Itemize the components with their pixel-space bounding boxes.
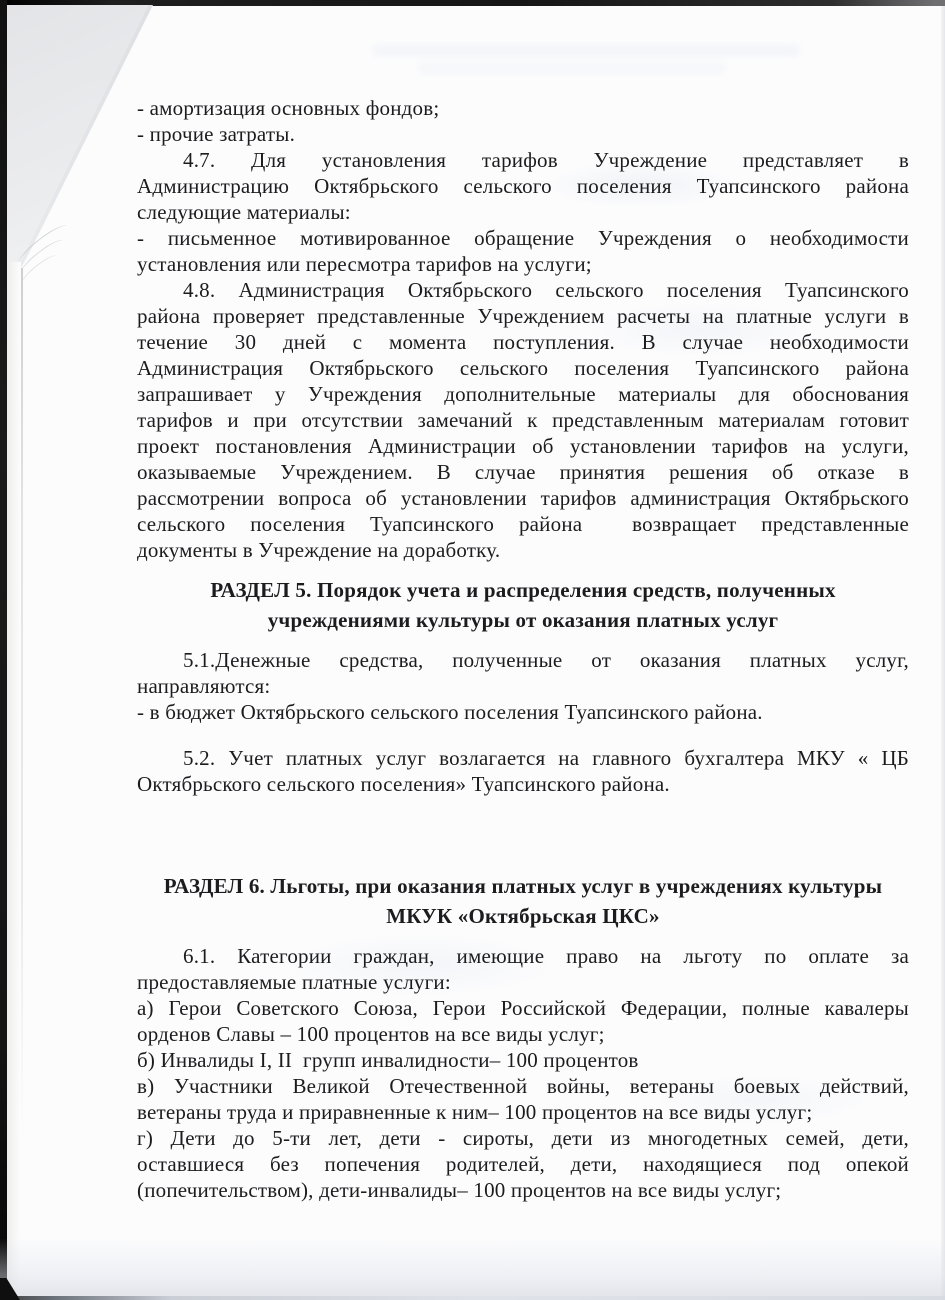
text-line: Октябрьского сельского поселения» Туапси… bbox=[137, 771, 909, 797]
list-item-line: (попечительством), дети-инвалиды– 100 пр… bbox=[137, 1177, 909, 1203]
text-line: - письменное мотивированное обращение Уч… bbox=[137, 225, 909, 251]
budget-line: - в бюджет Октябрьского сельского поселе… bbox=[137, 699, 909, 725]
scan-bottom-edge bbox=[0, 1296, 945, 1300]
page-crease bbox=[21, 268, 23, 1140]
text-line-other-costs: - прочие затраты. bbox=[137, 121, 909, 147]
list-item-line: б) Инвалиды I, II групп инвалидности– 10… bbox=[137, 1047, 909, 1073]
heading-line: МКУК «Октябрьская ЦКС» bbox=[137, 901, 909, 931]
benefit-item-b: б) Инвалиды I, II групп инвалидности– 10… bbox=[137, 1047, 909, 1073]
page-edge-band bbox=[7, 262, 21, 1300]
section-6-heading: РАЗДЕЛ 6. Льготы, при оказания платных у… bbox=[137, 871, 909, 931]
heading-line: учреждениями культуры от оказания платны… bbox=[137, 605, 909, 635]
paragraph-4-7: 4.7. Для установления тарифов Учреждение… bbox=[137, 147, 909, 225]
benefit-item-g: г) Дети до 5-ти лет, дети - сироты, дети… bbox=[137, 1125, 909, 1203]
paragraph-6-1: 6.1. Категории граждан, имеющие право на… bbox=[137, 943, 909, 995]
section-5-heading: РАЗДЕЛ 5. Порядок учета и распределения … bbox=[137, 575, 909, 635]
list-item-line: г) Дети до 5-ти лет, дети - сироты, дети… bbox=[137, 1125, 909, 1151]
scan-bottom-shade bbox=[0, 1238, 945, 1300]
text-line: оказываемые Учреждением. В случае принят… bbox=[137, 459, 909, 485]
text-line: направляются: bbox=[137, 673, 909, 699]
bleed-through-row bbox=[372, 44, 800, 57]
list-item-line: орденов Славы – 100 процентов на все вид… bbox=[137, 1021, 909, 1047]
text-line: проект постановления Администрации об ус… bbox=[137, 433, 909, 459]
text-line: тарифов и при отсутствии замечаний к пре… bbox=[137, 407, 909, 433]
text-line: Администрацию Октябрьского сельского пос… bbox=[137, 173, 909, 199]
scanned-document-page: - амортизация основных фондов; - прочие … bbox=[0, 0, 945, 1300]
text-line: сельского поселения Туапсинского района … bbox=[137, 511, 909, 537]
heading-line: РАЗДЕЛ 5. Порядок учета и распределения … bbox=[137, 575, 909, 605]
list-item-line: оставшиеся без попечения родителей, дети… bbox=[137, 1151, 909, 1177]
paragraph-5-1: 5.1.Денежные средства, полученные от ока… bbox=[137, 647, 909, 725]
text-line: 5.1.Денежные средства, полученные от ока… bbox=[137, 647, 909, 673]
heading-line: РАЗДЕЛ 6. Льготы, при оказания платных у… bbox=[137, 871, 909, 901]
list-item-line: а) Герои Советского Союза, Герои Российс… bbox=[137, 995, 909, 1021]
benefit-item-a: а) Герои Советского Союза, Герои Российс… bbox=[137, 995, 909, 1047]
paragraph-written-request: - письменное мотивированное обращение Уч… bbox=[137, 225, 909, 277]
text-line: течение 30 дней с момента поступления. В… bbox=[137, 329, 909, 355]
text-line: документы в Учреждение на доработку. bbox=[137, 537, 909, 563]
paragraph-5-2: 5.2. Учет платных услуг возлагается на г… bbox=[137, 745, 909, 797]
document-content: - амортизация основных фондов; - прочие … bbox=[137, 95, 909, 1203]
scan-right-edge bbox=[941, 6, 945, 1300]
list-item-line: ветераны труда и приравненные к ним– 100… bbox=[137, 1099, 909, 1125]
text-line: следующие материалы: bbox=[137, 199, 909, 225]
text-line: 5.2. Учет платных услуг возлагается на г… bbox=[137, 745, 909, 771]
bleed-through-text bbox=[372, 36, 800, 82]
list-item-line: в) Участники Великой Отечественной войны… bbox=[137, 1073, 909, 1099]
text-line-amortization: - амортизация основных фондов; bbox=[137, 95, 909, 121]
text-line: 6.1. Категории граждан, имеющие право на… bbox=[137, 943, 909, 969]
text-line: предоставляемые платные услуги: bbox=[137, 969, 909, 995]
text-line: района проверяет представленные Учрежден… bbox=[137, 303, 909, 329]
text-line: Администрация Октябрьского сельского пос… bbox=[137, 355, 909, 381]
scan-left-edge bbox=[0, 0, 7, 1300]
paragraph-4-8: 4.8. Администрация Октябрьского сельског… bbox=[137, 277, 909, 563]
text-line: 4.8. Администрация Октябрьского сельског… bbox=[137, 277, 909, 303]
text-line: 4.7. Для установления тарифов Учреждение… bbox=[137, 147, 909, 173]
text-line: запрашивает у Учреждения дополнительные … bbox=[137, 381, 909, 407]
text-line: установления или пересмотра тарифов на у… bbox=[137, 251, 909, 277]
bleed-through-row bbox=[418, 63, 726, 74]
benefit-item-v: в) Участники Великой Отечественной войны… bbox=[137, 1073, 909, 1125]
text-line: рассмотрении вопроса об установлении тар… bbox=[137, 485, 909, 511]
